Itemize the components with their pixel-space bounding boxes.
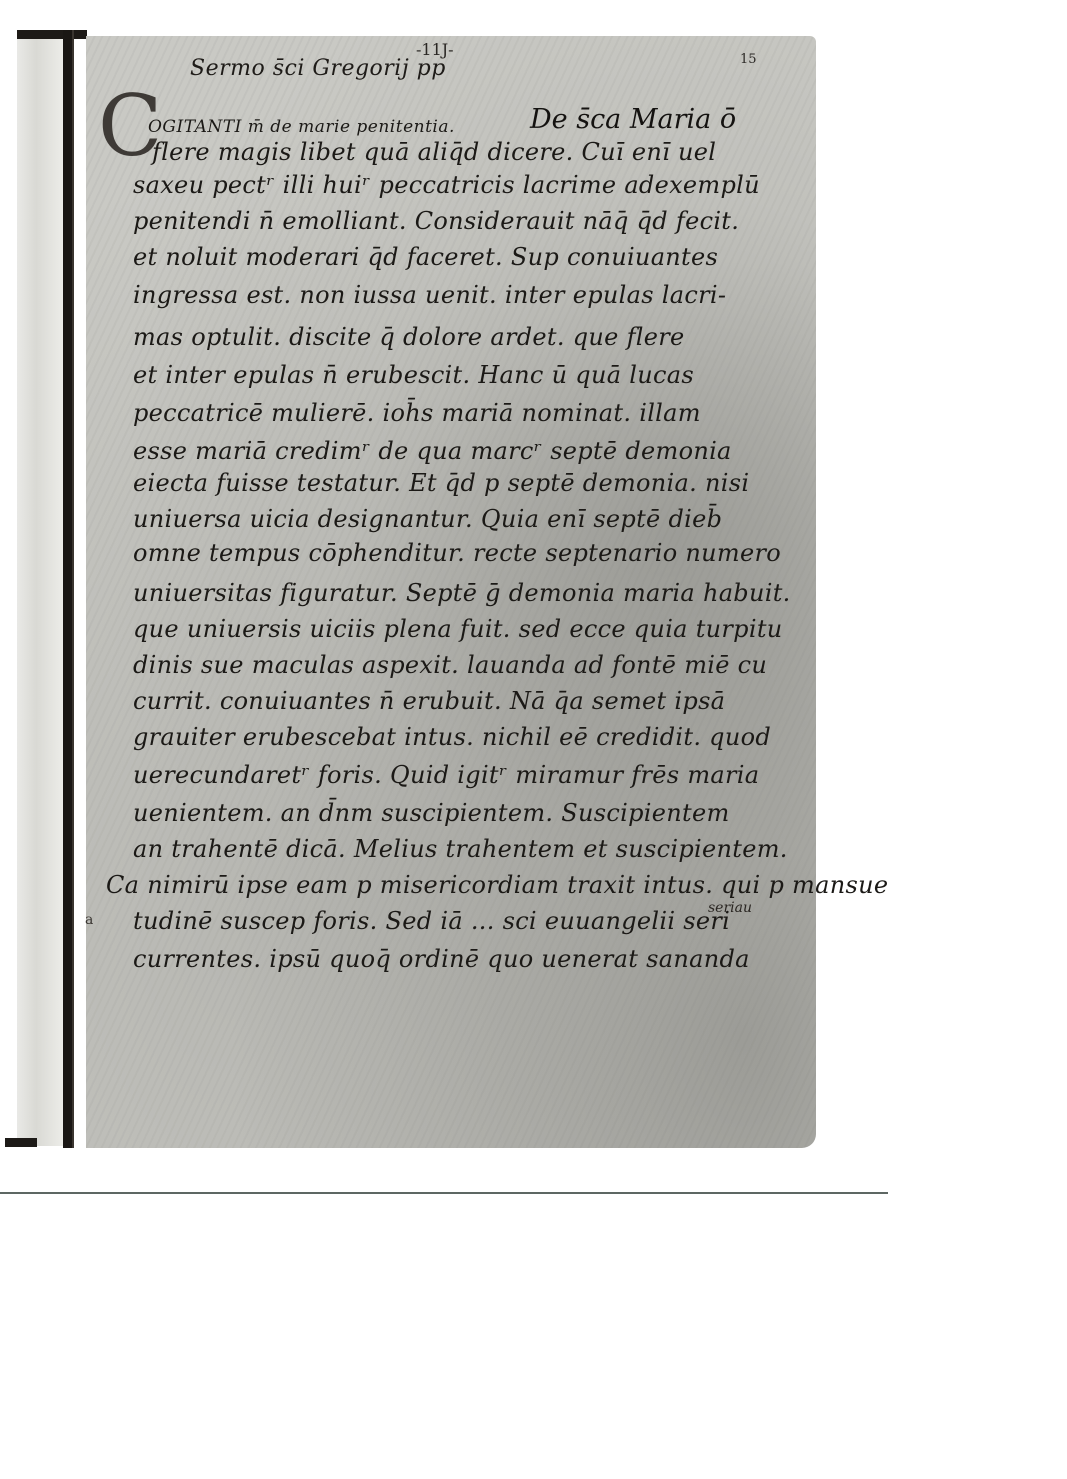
rubric-title: De s̄ca Maria ō̄ (530, 104, 736, 135)
folio-number: 15 (740, 52, 757, 67)
text-line-2: flere magis libet quā aliq̄d dicere. Cui… (152, 137, 716, 167)
interlinear-note: seriau (708, 900, 752, 916)
text-line-5: et noluit moderari q̄d faceret. Sup conu… (133, 242, 718, 272)
text-line-14: uniuersitas figuratur. Septē ḡ demonia… (133, 578, 791, 608)
text-line-12: uniuersa uicia designantur. Quia enī se… (133, 504, 722, 534)
text-line-9: peccatricē mulierē. ioh̄s mariā nomina… (133, 398, 701, 428)
text-line-8: et inter epulas n̄ erubescit. Hanc ū qu… (133, 360, 694, 390)
text-line-18: grauiter erubescebat intus. nichil eē cr… (133, 722, 771, 752)
photo-edge-rule (0, 1192, 888, 1194)
text-line-15: que uniuersis uiciis plena fuit. sed ecc… (133, 614, 783, 644)
text-line-22: Ca nimirū ipse eam p misericordiam trax… (106, 870, 888, 900)
text-line-6: ingressa est. non iussa uenit. inter epu… (133, 280, 726, 310)
text-line-17: currit. conuiuantes n̄ erubuit. Nā q̄a s… (133, 686, 725, 716)
text-line-16: dinis sue maculas aspexit. lauanda ad fo… (133, 650, 767, 680)
spine-line (63, 30, 74, 1148)
text-line-4: penitendi n̄ emolliant. Considerauit nāq… (133, 206, 739, 236)
sermon-heading: Sermo s̄ci Gregorij pp (190, 56, 446, 81)
text-line-10: esse mariā credimʳ de qua marcʳ septē … (133, 436, 732, 466)
text-line-7: mas optulit. discite q̄ dolore ardet. qu… (133, 322, 685, 352)
text-line-20: uenientem. an d̄nm suscipientem. Suscipi… (133, 798, 730, 828)
text-line-11: eiecta fuisse testatur. Et q̄d p septē … (133, 468, 749, 498)
text-line-23: tudinē suscep foris. Sed iā ... sci eu… (133, 906, 730, 936)
margin-mark: a (85, 912, 93, 928)
text-line-19: uerecundaretʳ foris. Quid igitʳ miramur … (133, 760, 759, 790)
binding-bottom-edge (5, 1138, 37, 1147)
text-line-13: omne tempus cōphenditur. recte septenar… (133, 538, 781, 568)
text-line-3: saxeu pectʳ illi huiʳ peccatricis lacrim… (133, 170, 760, 200)
text-line-21: an trahentē dicā. Melius trahentem et … (133, 834, 788, 864)
binding-strip (17, 34, 65, 1146)
binding-top-edge (17, 30, 87, 39)
text-line-24: currentes. ipsū quoq̄ ordinē quo uener… (133, 944, 750, 974)
